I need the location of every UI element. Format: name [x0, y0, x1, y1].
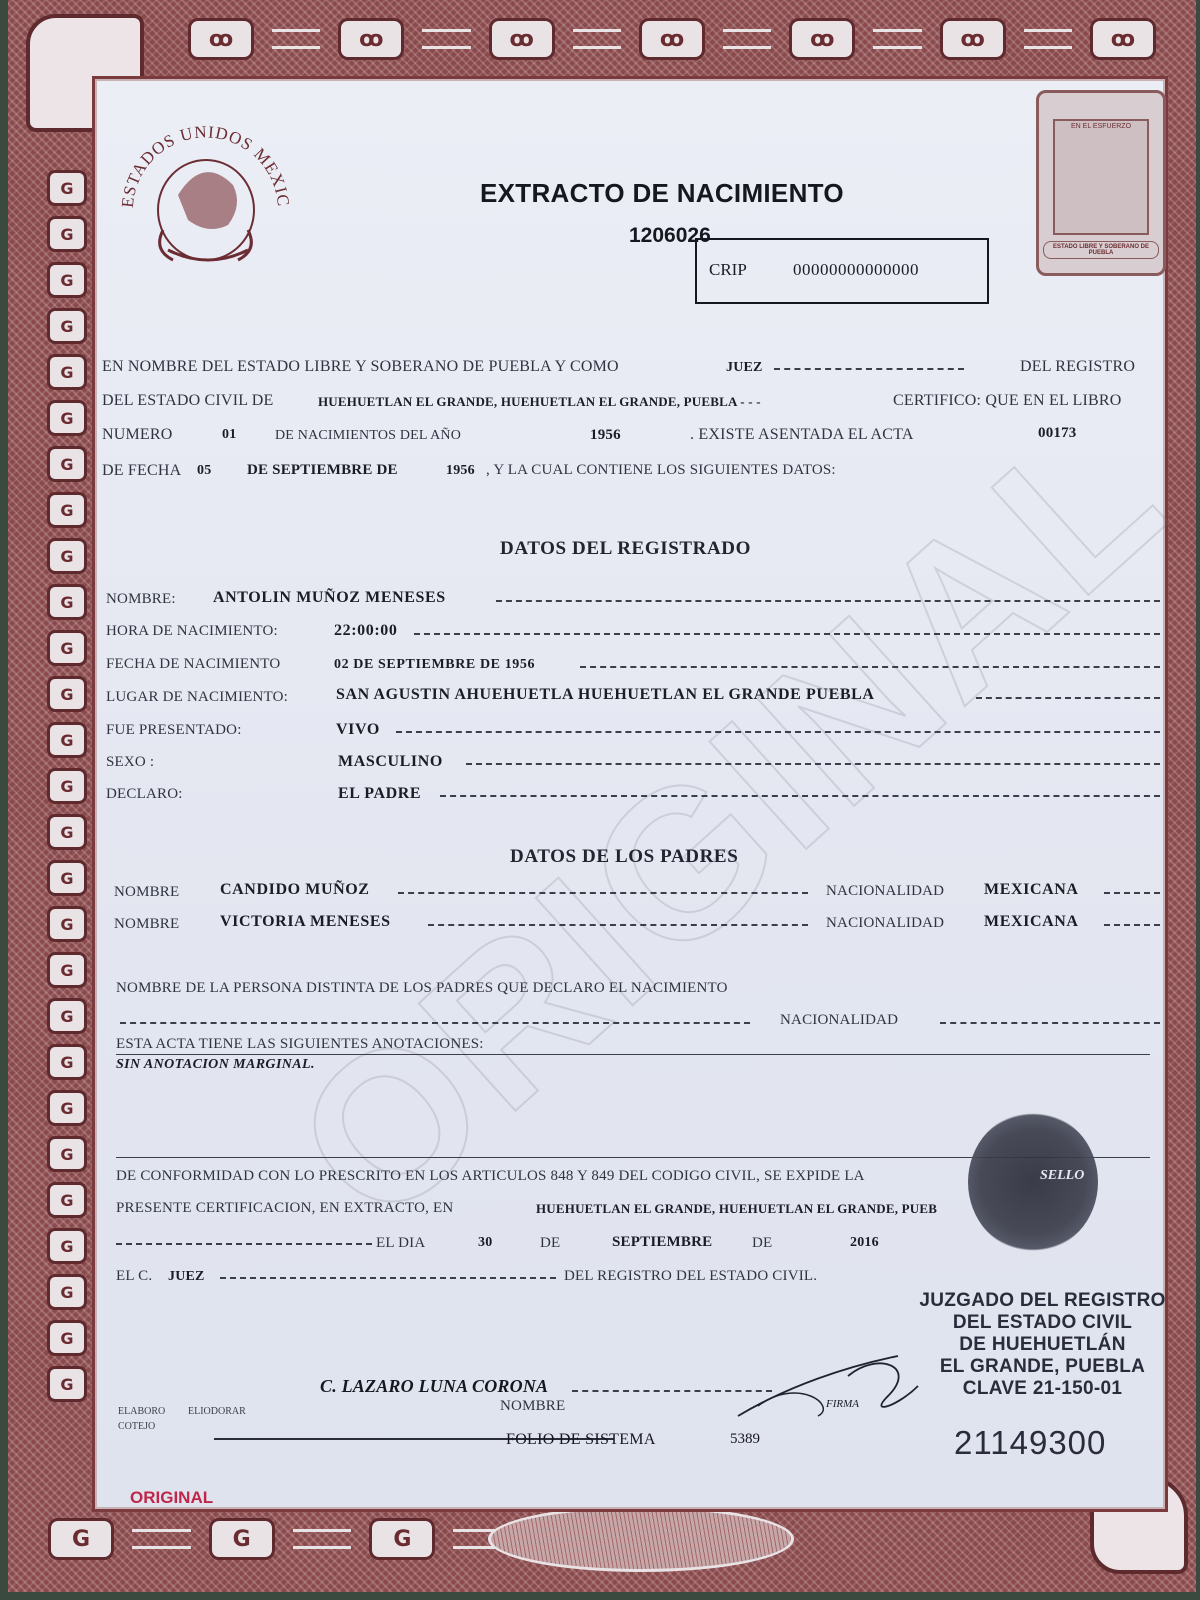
- certification-line-2: PRESENTE CERTIFICACION, EN EXTRACTO, EN: [116, 1200, 453, 1217]
- preamble-line-1-tail: DEL REGISTRO: [1020, 358, 1135, 376]
- certification-line-4-tail: DEL REGISTRO DEL ESTADO CIVIL.: [564, 1268, 817, 1285]
- registry-stamp: JUZGADO DEL REGISTRO DEL ESTADO CIVIL DE…: [905, 1290, 1180, 1400]
- annotations-value: SIN ANOTACION MARGINAL.: [116, 1057, 315, 1073]
- issue-year: 2016: [850, 1235, 879, 1251]
- book-number: 01: [222, 427, 236, 443]
- crip-value: 00000000000000: [793, 260, 919, 280]
- signature-scrawl-icon: [728, 1346, 928, 1426]
- presented-status: VIVO: [336, 721, 380, 739]
- issue-day-label: EL DIA: [376, 1235, 425, 1252]
- preamble-line-2-tail: CERTIFICO: QUE EN EL LIBRO: [893, 392, 1122, 410]
- births-year-label: DE NACIMIENTOS DEL AÑO: [275, 428, 461, 444]
- issue-month: SEPTIEMBRE: [612, 1234, 712, 1251]
- seal-puebla-motto: EN EL ESFUERZO: [1053, 119, 1149, 235]
- registration-month: DE SEPTIEMBRE DE: [247, 462, 398, 479]
- registrant-heading: DATOS DEL REGISTRADO: [500, 538, 751, 560]
- crip-label: CRIP: [709, 260, 747, 280]
- sex: MASCULINO: [338, 753, 443, 771]
- original-mark: ORIGINAL: [130, 1488, 213, 1508]
- other-nationality-label: NACIONALIDAD: [780, 1012, 898, 1029]
- registration-day: 05: [197, 463, 211, 479]
- birth-place: SAN AGUSTIN AHUEHUETLA HUEHUETLAN EL GRA…: [336, 686, 875, 704]
- acta-label: . EXISTE ASENTADA EL ACTA: [690, 426, 914, 444]
- mexico-coat-of-arms-icon: ESTADOS UNIDOS MEXICANOS: [108, 100, 298, 280]
- crip-box: CRIP 00000000000000: [695, 238, 989, 304]
- document-title: EXTRACTO DE NACIMIENTO: [480, 178, 844, 209]
- preamble-line-1: EN NOMBRE DEL ESTADO LIBRE Y SOBERANO DE…: [102, 358, 619, 376]
- acta-number: 00173: [1038, 425, 1077, 442]
- book-number-label: NUMERO: [102, 426, 173, 444]
- birth-time: 22:00:00: [334, 622, 397, 640]
- registry-place: HUEHUETLAN EL GRANDE, HUEHUETLAN EL GRAN…: [318, 394, 761, 410]
- cotejo-label: COTEJO: [118, 1421, 155, 1432]
- stamp-number: 21149300: [954, 1424, 1106, 1462]
- certification-line-1: DE CONFORMIDAD CON LO PRESCRITO EN LOS A…: [116, 1168, 865, 1185]
- bottom-oval-ornament: [488, 1506, 794, 1572]
- top-border-band: ꝏ ꝏ ꝏ ꝏ ꝏ ꝏ ꝏ: [188, 16, 1156, 62]
- parents-heading: DATOS DE LOS PADRES: [510, 846, 738, 868]
- annotations-label: ESTA ACTA TIENE LAS SIGUIENTES ANOTACION…: [116, 1036, 484, 1053]
- preamble-line-2: DEL ESTADO CIVIL DE: [102, 392, 274, 410]
- other-declarant-label: NOMBRE DE LA PERSONA DISTINTA DE LOS PAD…: [116, 980, 728, 997]
- book-year: 1956: [590, 427, 621, 444]
- signer-role: JUEZ: [168, 1269, 205, 1285]
- judge-role: JUEZ: [726, 360, 763, 376]
- signer-name: C. LAZARO LUNA CORONA: [320, 1376, 548, 1397]
- registration-year: 1956: [446, 463, 475, 479]
- folio-label: FOLIO DE SISTEMA: [506, 1431, 656, 1449]
- folio-value: 5389: [730, 1431, 760, 1448]
- registration-date-label: DE FECHA: [102, 462, 181, 480]
- elaboro-label: ELABORO: [118, 1406, 165, 1417]
- issue-day: 30: [478, 1235, 492, 1251]
- puebla-coat-of-arms-icon: EN EL ESFUERZO ESTADO LIBRE Y SOBERANO D…: [1036, 90, 1166, 276]
- father-name: CANDIDO MUÑOZ: [220, 881, 370, 899]
- left-border-band: GGGG GGGG GGGG GGGG GGGG GGGG GGG: [44, 170, 90, 1442]
- declarant: EL PADRE: [338, 785, 421, 803]
- seal-puebla-ribbon: ESTADO LIBRE Y SOBERANO DE PUEBLA: [1043, 241, 1159, 259]
- issue-place: HUEHUETLAN EL GRANDE, HUEHUETLAN EL GRAN…: [536, 1201, 937, 1217]
- mother-name: VICTORIA MENESES: [220, 913, 391, 931]
- mother-nationality: MEXICANA: [984, 913, 1079, 931]
- registrant-name: ANTOLIN MUÑOZ MENESES: [213, 589, 446, 607]
- birth-date: 02 DE SEPTIEMBRE DE 1956: [334, 657, 535, 673]
- name-label: NOMBRE: [500, 1398, 565, 1415]
- preamble-line-4-tail: , Y LA CUAL CONTIENE LOS SIGUIENTES DATO…: [486, 462, 836, 479]
- father-nationality: MEXICANA: [984, 881, 1079, 899]
- sello-label: SELLO: [1040, 1168, 1084, 1184]
- elaboro-value: ELIODORAR: [188, 1406, 246, 1417]
